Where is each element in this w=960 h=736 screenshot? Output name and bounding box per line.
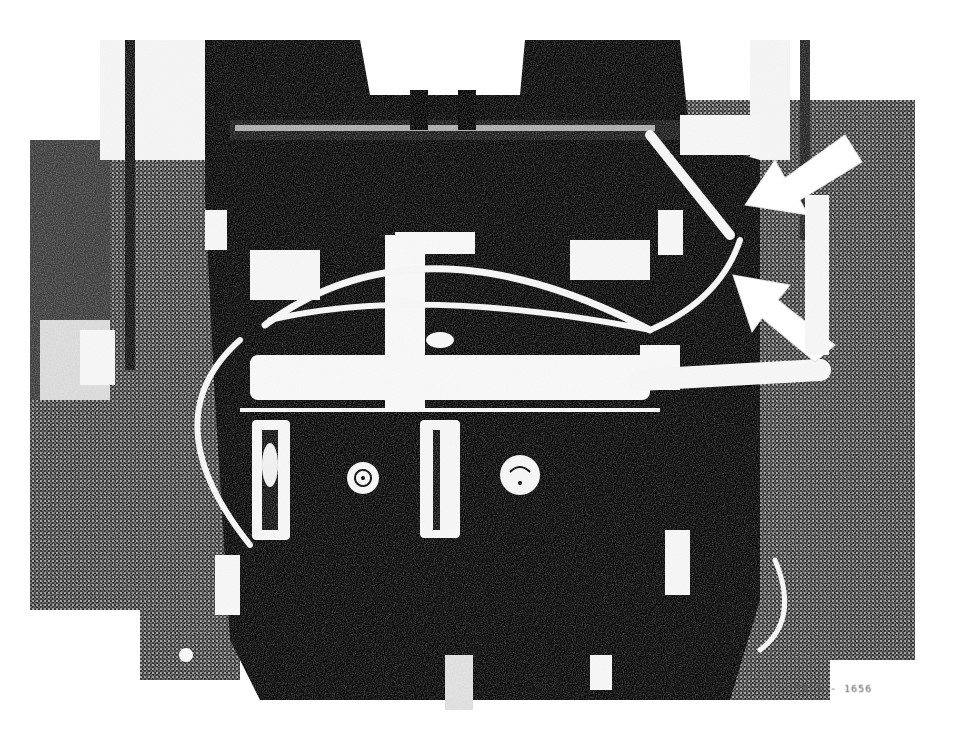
figure-caption: TA 5 - 1656 bbox=[795, 684, 872, 695]
equipment-photo bbox=[0, 0, 960, 736]
grain-overlay bbox=[30, 40, 915, 710]
